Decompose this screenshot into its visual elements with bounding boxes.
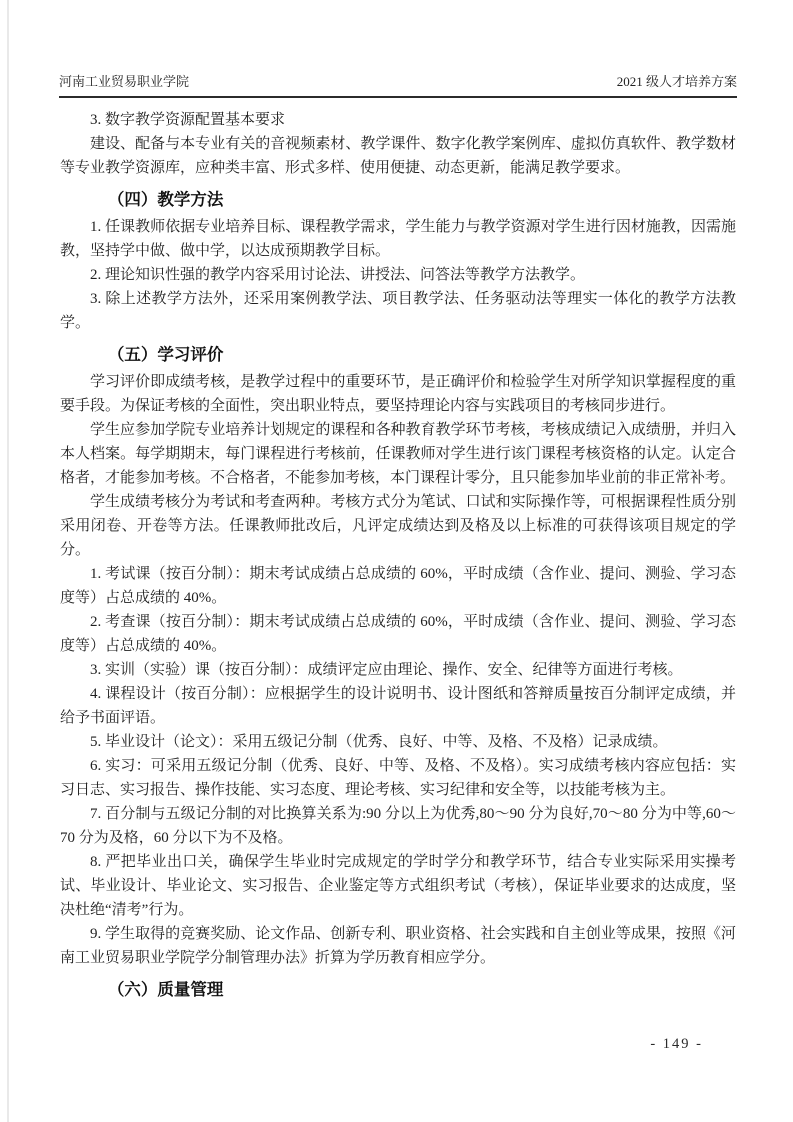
evaluation-item-2-assessment-course: 2. 考查课（按百分制）：期末考试成绩占总成绩的 60%，平时成绩（含作业、提问… [60,610,736,658]
header-school-name: 河南工业贸易职业学院 [59,74,189,90]
paragraph-evaluation-overview: 学习评价即成绩考核，是教学过程中的重要环节，是正确评价和检验学生对所学知识掌握程… [60,370,736,418]
teaching-method-item-3: 3. 除上述教学方法外，还采用案例教学法、项目教学法、任务驱动法等理实一体化的教… [60,287,736,335]
document-page: 河南工业贸易职业学院 2021 级人才培养方案 3. 数字教学资源配置基本要求 … [0,0,793,1122]
paragraph-resource-requirements: 建设、配备与本专业有关的音视频素材、教学课件、数字化教学案例库、虚拟仿真软件、教… [60,132,736,180]
evaluation-item-7-grade-conversion: 7. 百分制与五级记分制的对比换算关系为:90 分以上为优秀,80～90 分为良… [60,802,736,850]
subheading-digital-resources: 3. 数字教学资源配置基本要求 [60,108,736,132]
section-heading-quality-management: （六）质量管理 [60,978,736,1002]
evaluation-item-9-credit-conversion: 9. 学生取得的竞赛奖励、论文作品、创新专利、职业资格、社会实践和自主创业等成果… [60,922,736,970]
teaching-method-item-1: 1. 任课教师依据专业培养目标、课程教学需求，学生能力与教学资源对学生进行因材施… [60,215,736,263]
paragraph-exam-qualification: 学生应参加学院专业培养计划规定的课程和各种教育教学环节考核，考核成绩记入成绩册，… [60,418,736,490]
section-heading-learning-evaluation: （五）学习评价 [60,343,736,367]
section-heading-teaching-methods: （四）教学方法 [60,188,736,212]
document-body: 3. 数字教学资源配置基本要求 建设、配备与本专业有关的音视频素材、教学课件、数… [60,108,736,1005]
page-number: - 149 - [650,1036,703,1053]
evaluation-item-5-graduation-design: 5. 毕业设计（论文）：采用五级记分制（优秀、良好、中等、及格、不及格）记录成绩… [60,730,736,754]
evaluation-item-6-internship: 6. 实习：可采用五级记分制（优秀、良好、中等、及格、不及格）。实习成绩考核内容… [60,754,736,802]
evaluation-item-1-exam-course: 1. 考试课（按百分制）：期末考试成绩占总成绩的 60%，平时成绩（含作业、提问… [60,562,736,610]
evaluation-item-3-practical-course: 3. 实训（实验）课（按百分制）：成绩评定应由理论、操作、安全、纪律等方面进行考… [60,658,736,682]
teaching-method-item-2: 2. 理论知识性强的教学内容采用讨论法、讲授法、问答法等教学方法教学。 [60,263,736,287]
scan-edge-line [7,0,9,1122]
page-header: 河南工业贸易职业学院 2021 级人才培养方案 [59,74,737,98]
evaluation-item-4-course-design: 4. 课程设计（按百分制）：应根据学生的设计说明书、设计图纸和答辩质量按百分制评… [60,682,736,730]
evaluation-item-8-graduation-gate: 8. 严把毕业出口关，确保学生毕业时完成规定的学时学分和教学环节，结合专业实际采… [60,850,736,922]
header-document-title: 2021 级人才培养方案 [617,74,737,90]
paragraph-exam-types: 学生成绩考核分为考试和考查两种。考核方式分为笔试、口试和实际操作等，可根据课程性… [60,490,736,562]
